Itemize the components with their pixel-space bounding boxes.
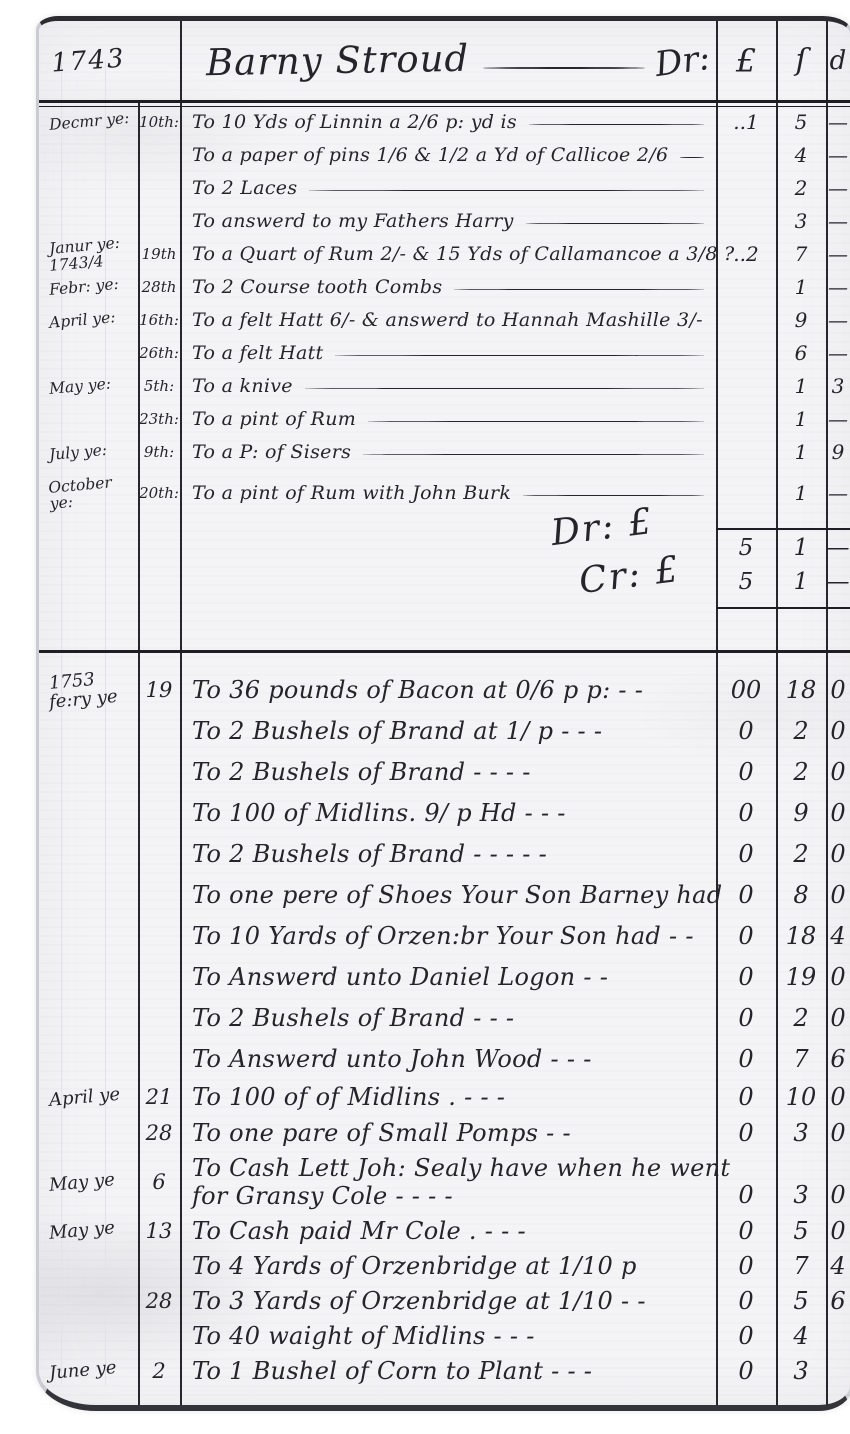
entry-text: To Cash paid Mr Cole . - - - [192,1217,526,1245]
amount-pence: 0 [826,799,850,827]
ruled-dash [305,388,704,389]
entry-text: To 2 Laces [192,177,297,199]
entry-description: To Answerd unto John Wood - - - [180,1045,716,1073]
entry-description: To a pint of Rum [180,408,716,430]
dr-total-pounds: 5 [716,535,776,561]
ruled-dash [363,454,704,455]
dr-total-shillings: 1 [776,535,826,561]
entry-text: To 3 Yards of Orzenbridge at 1/10 - - [192,1287,646,1315]
entries-1753: 1753 fe:ry ye 19 To 36 pounds of Bacon a… [39,669,850,1388]
entry-description: To a P: of Sisers [180,441,716,463]
entry-date: July ye: [39,443,138,459]
ruled-dash [523,495,704,496]
ledger-row: To Answerd unto Daniel Logon - - 0 19 0 [39,956,850,997]
amount-shillings: 3 [776,1119,826,1147]
amount-pence: 0 [826,1217,850,1245]
amount-shillings: 5 [776,110,826,134]
debit-mark: Dr: [653,36,719,84]
entry-description: To 10 Yds of Linnin a 2/6 p: yd is [180,111,716,133]
amount-pence: 0 [826,963,850,991]
ledger-row: April ye 21 To 100 of of Midlins . - - -… [39,1079,850,1115]
amount-shillings: 7 [776,1252,826,1280]
ruled-dash [335,355,704,356]
ledger-row: July ye: 9th: To a P: of Sisers 1 9 [39,435,850,468]
ledger-row: April ye: 16th: To a felt Hatt 6/- & ans… [39,303,850,336]
pence-column-header: d [826,46,850,76]
cr-total-pence: — [826,569,850,595]
amount-pence: 0 [826,1004,850,1032]
entry-description: To a knive [180,375,716,397]
entry-day: 21 [138,1085,180,1109]
amount-shillings: 2 [776,176,826,200]
entry-description: To 2 Laces [180,177,716,199]
ledger-row: To one pere of Shoes Your Son Barney had… [39,874,850,915]
ledger-row: May ye 6 To Cash Lett Joh: Sealy have wh… [39,1151,850,1213]
amount-shillings: 2 [776,840,826,868]
entry-description: To 2 Course tooth Combs [180,276,716,298]
entry-description: To 4 Yards of Orzenbridge at 1/10 p [180,1252,716,1280]
entry-day: 13 [138,1219,180,1243]
amount-shillings: 2 [776,758,826,786]
entry-description: To 40 waight of Midlins - - - [180,1322,716,1350]
ledger-header: 1743 Barny Stroud Dr: £ ſ d [39,21,850,100]
ruled-dash [309,190,704,191]
entry-text: To one pare of Small Pomps - - [192,1119,571,1147]
ledger-row: To 10 Yards of Orzen:br Your Son had - -… [39,915,850,956]
cr-total-pounds: 5 [716,569,776,595]
amount-shillings: 3 [776,209,826,233]
pounds-column-header: £ [716,42,776,80]
amount-pounds: ..2 [716,242,776,266]
entry-text: To a paper of pins 1/6 & 1/2 a Yd of Cal… [192,144,668,166]
amount-pence: 0 [826,1083,850,1111]
cr-total-amounts: 5 1 — [716,569,850,595]
entry-description: To a Quart of Rum 2/- & 15 Yds of Callam… [180,243,716,265]
ledger-row: October ye: 20th: To a pint of Rum with … [39,476,850,509]
entry-text: To 100 of of Midlins . - - - [192,1083,505,1111]
ledger-row: Decmr ye: 10th: To 10 Yds of Linnin a 2/… [39,105,850,138]
amount-shillings: 1 [776,275,826,299]
amount-pence: — [826,176,850,200]
amount-pence: — [826,341,850,365]
entry-text: To a knive [192,375,293,397]
entry-text: To Cash Lett Joh: Sealy have when he wen… [192,1154,730,1182]
entry-text: To 2 Bushels of Brand - - - - - [192,840,547,868]
ledger-row: To 2 Bushels of Brand - - - 0 2 0 [39,997,850,1038]
entry-text: To a pint of Rum with John Burk [192,482,511,504]
entry-description: To 10 Yards of Orzen:br Your Son had - - [180,922,716,950]
ruled-dash [368,421,704,422]
amount-pence: 0 [826,1119,850,1147]
entry-text: To 36 pounds of Bacon at 0/6 p p: - - [192,676,643,704]
amount-pence: — [826,481,850,505]
entry-date: May ye [39,1221,138,1240]
cr-total-label: Cr: £ [577,549,682,602]
amount-shillings: 8 [776,881,826,909]
amount-shillings: 2 [776,717,826,745]
entry-text: To a P: of Sisers [192,441,351,463]
entry-day: 20th: [138,484,180,502]
ledger-row: To 4 Yards of Orzenbridge at 1/10 p 0 7 … [39,1248,850,1283]
entry-text: To 10 Yards of Orzen:br Your Son had - - [192,922,694,950]
cr-total-shillings: 1 [776,569,826,595]
ruled-dash [680,157,704,158]
amount-shillings: 18 [776,676,826,704]
amount-shillings: 5 [776,1287,826,1315]
entry-day: 19th [138,245,180,263]
entry-text-line2: for Gransy Cole - - - - [192,1182,716,1210]
entry-description: To 2 Bushels of Brand at 1/ p - - - [180,717,716,745]
entry-description: To 100 of of Midlins . - - - [180,1083,716,1111]
amount-pence: — [826,242,850,266]
amount-pence: 4 [826,922,850,950]
amount-pence: 9 [826,440,850,464]
amount-pence: — [826,110,850,134]
entry-date: Febr: ye: [39,278,138,294]
amount-pounds: 0 [716,717,776,745]
entry-description: To Cash Lett Joh: Sealy have when he wen… [180,1154,716,1210]
amount-pence: — [826,143,850,167]
amount-pence: 4 [826,1252,850,1280]
amount-pence: 6 [826,1045,850,1073]
amount-shillings: 7 [776,242,826,266]
entry-text: To answerd to my Fathers Harry [192,210,514,232]
paper-sheet: 1743 Barny Stroud Dr: £ ſ d Decmr ye: 10… [36,16,850,1411]
amount-shillings: 1 [776,374,826,398]
amount-pence: — [826,209,850,233]
entry-day: 6 [138,1170,180,1194]
amount-pounds: 0 [716,1004,776,1032]
amount-shillings: 4 [776,143,826,167]
entry-text: To 10 Yds of Linnin a 2/6 p: yd is [192,111,517,133]
dr-total-amounts: 5 1 — [716,535,850,561]
amount-shillings: 7 [776,1045,826,1073]
amount-pence: 0 [826,881,850,909]
entry-date: October ye: [39,476,138,509]
ledger-row: Janur ye: 1743/4 19th To a Quart of Rum … [39,237,850,270]
entry-description: To one pare of Small Pomps - - [180,1119,716,1147]
amount-pounds: 0 [716,881,776,909]
entry-description: To a felt Hatt [180,342,716,364]
entry-day: 23th: [138,410,180,428]
entry-description: To 100 of Midlins. 9/ p Hd - - - [180,799,716,827]
entry-date: Decmr ye: [39,113,138,129]
entry-text: To 2 Bushels of Brand - - - [192,1004,514,1032]
amount-shillings: 9 [776,308,826,332]
ledger-row: To a paper of pins 1/6 & 1/2 a Yd of Cal… [39,138,850,171]
amount-pounds: 0 [716,758,776,786]
entry-day: 28 [138,1289,180,1313]
amount-pounds: 0 [716,963,776,991]
ledger-row: Febr: ye: 28th To 2 Course tooth Combs 1… [39,270,850,303]
amount-pounds: 0 [716,1357,776,1385]
section-divider-rule [39,650,850,653]
amount-pounds: 0 [716,1083,776,1111]
totals-top-rule [716,528,850,530]
amount-pounds: 0 [716,1119,776,1147]
entry-description: To Cash paid Mr Cole . - - - [180,1217,716,1245]
entries-1743: Decmr ye: 10th: To 10 Yds of Linnin a 2/… [39,105,850,509]
entry-text: To 4 Yards of Orzenbridge at 1/10 p [192,1252,637,1280]
entry-text: To a felt Hatt [192,342,323,364]
scanned-ledger-page: 1743 Barny Stroud Dr: £ ſ d Decmr ye: 10… [0,0,850,1434]
entry-description: To 36 pounds of Bacon at 0/6 p p: - - [180,676,716,704]
entry-description: To answerd to my Fathers Harry [180,210,716,232]
entry-day: 26th: [138,344,180,362]
entry-text: To a felt Hatt 6/- & answerd to Hannah M… [192,309,703,331]
amount-pence: 0 [826,717,850,745]
entry-day: 28th [138,278,180,296]
ruled-dash [529,124,704,125]
entry-description: To 3 Yards of Orzenbridge at 1/10 - - [180,1287,716,1315]
entry-text: To 2 Bushels of Brand at 1/ p - - - [192,717,602,745]
entry-day: 9th: [138,443,180,461]
entry-description: To a felt Hatt 6/- & answerd to Hannah M… [180,309,716,331]
entry-text: To Answerd unto Daniel Logon - - [192,963,608,991]
amount-pence: 0 [826,1181,850,1213]
ledger-row: To 40 waight of Midlins - - - 0 4 [39,1318,850,1353]
ruled-dash [454,289,704,290]
amount-pence: — [826,275,850,299]
amount-pence: 3 [826,374,850,398]
totals-bottom-rule [716,607,850,609]
amount-pounds: 0 [716,1181,776,1213]
ledger-row: To 2 Bushels of Brand - - - - - 0 2 0 [39,833,850,874]
entry-text: To Answerd unto John Wood - - - [192,1045,592,1073]
amount-pounds: 0 [716,840,776,868]
dr-total-pence: — [826,535,850,561]
amount-pounds: 0 [716,922,776,950]
ledger-row: To 2 Bushels of Brand at 1/ p - - - 0 2 … [39,710,850,751]
entry-text: To 40 waight of Midlins - - - [192,1322,535,1350]
entry-date: May ye: [39,377,138,393]
entry-date: April ye: [39,311,138,327]
amount-pence: 0 [826,840,850,868]
amount-shillings: 3 [776,1181,826,1213]
amount-shillings: 18 [776,922,826,950]
entry-description: To 1 Bushel of Corn to Plant - - - [180,1357,716,1385]
amount-pence: — [826,308,850,332]
entry-description: To a paper of pins 1/6 & 1/2 a Yd of Cal… [180,144,716,166]
amount-pounds: 0 [716,1217,776,1245]
entry-text: To 100 of Midlins. 9/ p Hd - - - [192,799,566,827]
entry-text: To a pint of Rum [192,408,356,430]
ledger-row: To 100 of Midlins. 9/ p Hd - - - 0 9 0 [39,792,850,833]
amount-shillings: 1 [776,481,826,505]
amount-shillings: 9 [776,799,826,827]
amount-pounds: 0 [716,799,776,827]
title-rule [483,67,645,69]
entry-description: To 2 Bushels of Brand - - - - - [180,840,716,868]
entry-date: Janur ye: 1743/4 [39,237,138,270]
amount-shillings: 1 [776,407,826,431]
amount-shillings: 4 [776,1322,826,1350]
amount-shillings: 19 [776,963,826,991]
amount-pounds: 0 [716,1252,776,1280]
ledger-row: 23th: To a pint of Rum 1 — [39,402,850,435]
ledger-row: May ye: 5th: To a knive 1 3 [39,369,850,402]
amount-shillings: 3 [776,1357,826,1385]
entry-day: 2 [138,1359,180,1383]
ledger-row: June ye 2 To 1 Bushel of Corn to Plant -… [39,1353,850,1388]
entry-text: To 2 Course tooth Combs [192,276,442,298]
amount-pence: 6 [826,1287,850,1315]
ledger-row: May ye 13 To Cash paid Mr Cole . - - - 0… [39,1213,850,1248]
entry-description: To a pint of Rum with John Burk [180,482,716,504]
account-title-zone: Barny Stroud Dr: [180,39,716,82]
amount-shillings: 2 [776,1004,826,1032]
ledger-row: 28 To 3 Yards of Orzenbridge at 1/10 - -… [39,1283,850,1318]
ledger-row: 1753 fe:ry ye 19 To 36 pounds of Bacon a… [39,669,850,710]
year-label: 1743 [38,42,139,79]
amount-shillings: 1 [776,440,826,464]
amount-pounds: ..1 [716,110,776,134]
entry-description: To one pere of Shoes Your Son Barney had [180,881,716,909]
amount-pounds: 00 [716,676,776,704]
entry-text: To one pere of Shoes Your Son Barney had [192,881,722,909]
ledger-row: To Answerd unto John Wood - - - 0 7 6 [39,1038,850,1079]
amount-pounds: 0 [716,1287,776,1315]
ledger-row: To 2 Bushels of Brand - - - - 0 2 0 [39,751,850,792]
ledger-row: To 2 Laces 2 — [39,171,850,204]
amount-pence: 0 [826,758,850,786]
entry-day: 16th: [138,311,180,329]
entry-description: To 2 Bushels of Brand - - - [180,1004,716,1032]
entry-description: To 2 Bushels of Brand - - - - [180,758,716,786]
account-title: Barny Stroud [206,37,470,85]
amount-pence: — [826,407,850,431]
entry-text: To a Quart of Rum 2/- & 15 Yds of Callam… [192,243,735,265]
entry-text: To 1 Bushel of Corn to Plant - - - [192,1357,592,1385]
entry-day: 28 [138,1121,180,1145]
entry-description: To Answerd unto Daniel Logon - - [180,963,716,991]
amount-pounds: 0 [716,1045,776,1073]
amount-shillings: 6 [776,341,826,365]
entry-date: April ye [39,1088,138,1107]
amount-shillings: 10 [776,1083,826,1111]
entry-date: June ye [39,1361,138,1380]
ledger-row: 28 To one pare of Small Pomps - - 0 3 0 [39,1115,850,1151]
amount-pounds: 0 [716,1322,776,1350]
amount-pence: 0 [826,676,850,704]
ledger-row: To answerd to my Fathers Harry 3 — [39,204,850,237]
entry-day: 10th: [138,113,180,131]
amount-shillings: 5 [776,1217,826,1245]
ruled-dash [526,223,704,224]
shillings-column-header: ſ [776,43,826,78]
entry-day: 19 [138,678,180,702]
entry-date: 1753 fe:ry ye [39,671,138,709]
entry-date: May ye [39,1173,138,1192]
entry-text: To 2 Bushels of Brand - - - - [192,758,531,786]
entry-day: 5th: [138,377,180,395]
ledger-row: 26th: To a felt Hatt 6 — [39,336,850,369]
